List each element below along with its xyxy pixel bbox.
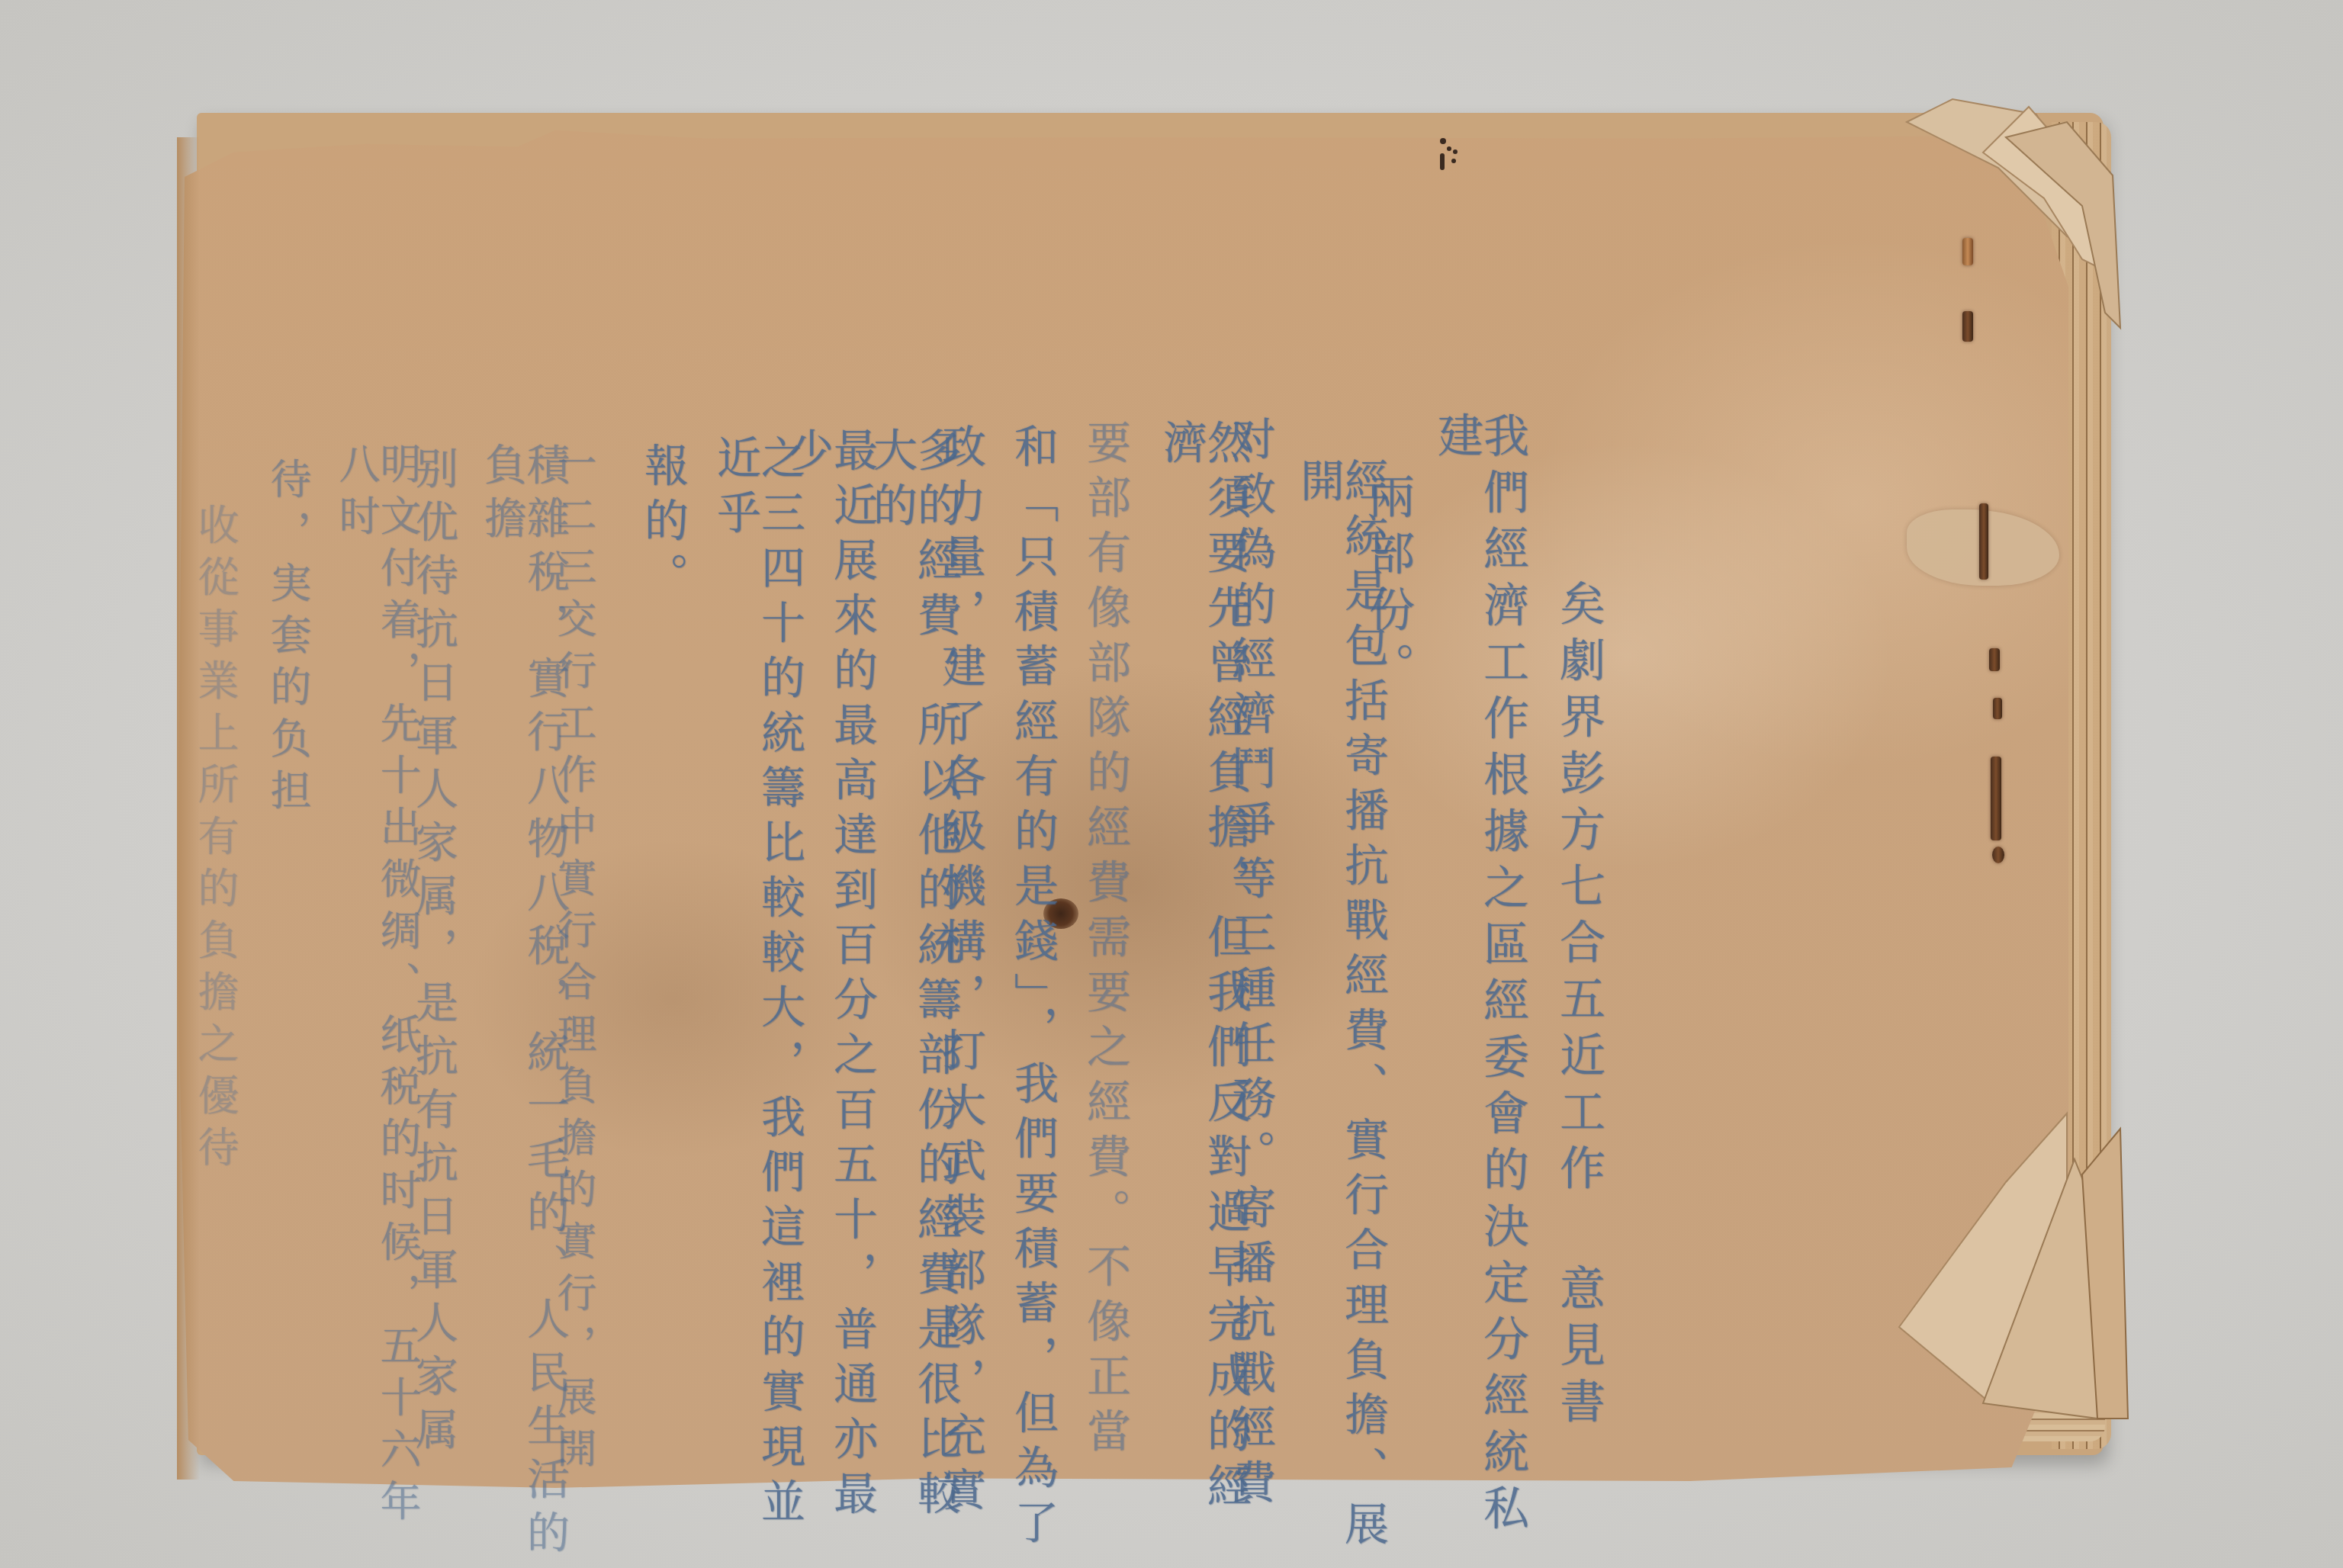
binding-stitch xyxy=(1962,311,1973,342)
text-column: 我們經濟工作根據之區經委會的決定分經統私建 xyxy=(1434,412,1525,1568)
folded-corner-top-icon xyxy=(1884,84,2136,389)
binding-stitch xyxy=(1979,503,1988,580)
text-column-title: 矣劇界彭方七合五近工作 意見書 xyxy=(1556,580,1602,1434)
binding-stitch xyxy=(1993,698,2002,719)
folded-corner-bottom-icon xyxy=(1891,1083,2143,1434)
text-column: 之三四十的統籌比較較大，我們這裡的實現並近乎 xyxy=(713,435,802,1568)
text-column: 要部有像部隊的經費需要之經費。不像正當 xyxy=(1083,419,1127,1463)
text-column: 積雜稅，實行八物八稅，統一毛的、人民生活的負擔 xyxy=(480,442,566,1568)
photo-stage: 矣劇界彭方七合五近工作 意見書 我們經濟工作根據之區經委會的決定分經統私建 兩部… xyxy=(0,0,2343,1568)
ink-speckle-icon xyxy=(1434,133,1464,179)
text-column: 明文付着，先十出微绸、纸税的时候，五十六年八时 xyxy=(336,442,418,1568)
binding-stitch xyxy=(1962,238,1973,265)
text-column: 待，実套的负担 xyxy=(267,458,308,821)
binding-stitch xyxy=(1991,757,2001,840)
binding-stitch xyxy=(1989,648,2000,671)
text-column: 然須要先曾經負擔，但我們反對過早完成的經濟 xyxy=(1159,419,1248,1568)
text-column-bleed: 收從事業上所有的負擔之優待 xyxy=(194,503,236,1178)
binding-stitch xyxy=(1992,847,2004,863)
text-column: 報的。 xyxy=(641,442,685,607)
text-column: 和「只積蓄經有的是錢」，我們要積蓄，但為了 xyxy=(1011,423,1055,1554)
text-column: 多的經費，所以他的統籌部份的經費是很比較大的 xyxy=(869,427,958,1568)
text-column: 經統是包括寄播抗戰經費、實行合理負擔、展開 xyxy=(1297,458,1385,1568)
